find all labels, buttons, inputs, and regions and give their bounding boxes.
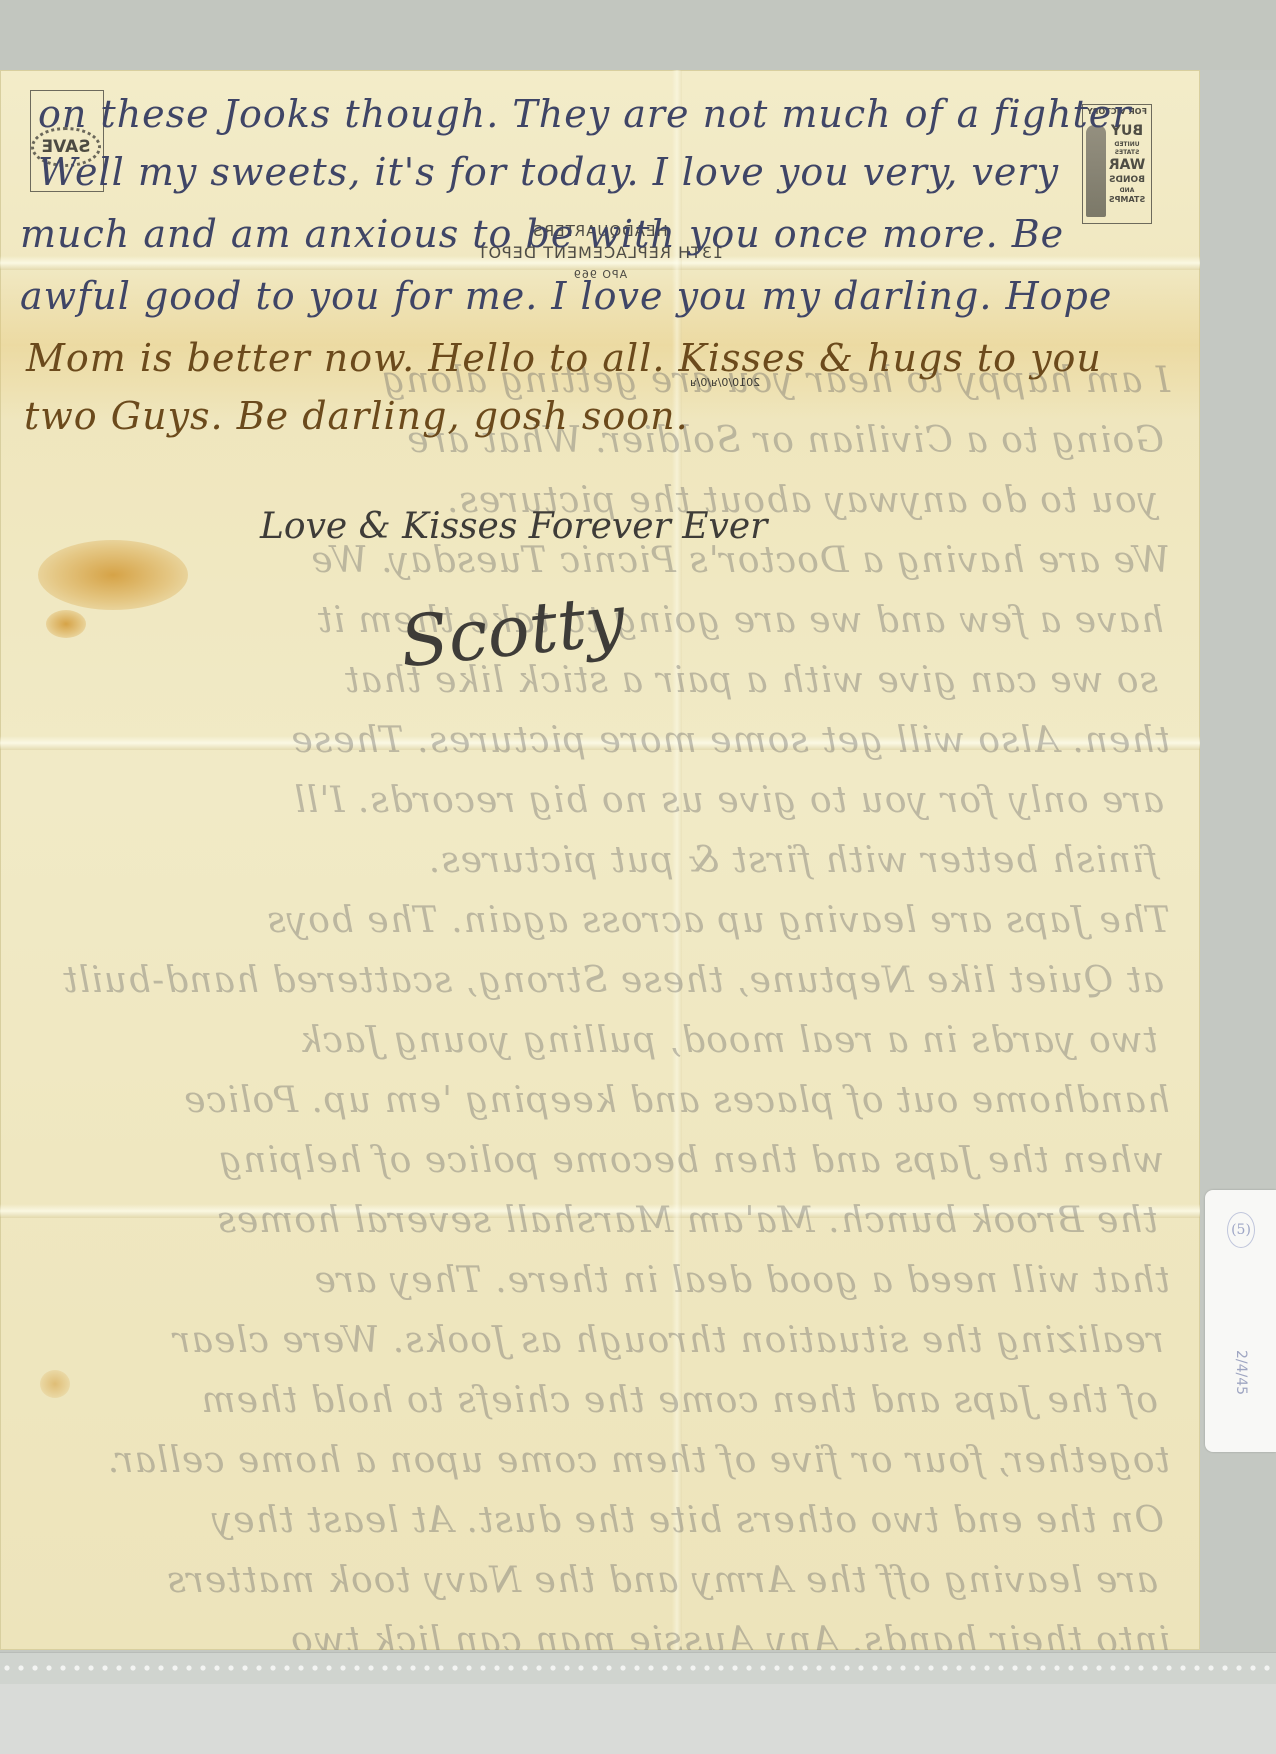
sleeve-bottom-edge	[0, 1684, 1276, 1754]
war-bonds-line: BONDS	[1107, 175, 1147, 185]
bleed-through-line: that will need a good deal in there. The…	[314, 1260, 1170, 1301]
bleed-through-line: handhome out of places and keeping 'em u…	[183, 1080, 1170, 1121]
bleed-through-line: realizing the situation through as Jooks…	[172, 1320, 1164, 1361]
minuteman-statue-icon	[1086, 125, 1106, 217]
bleed-through-line: are leaving off the Army and the Navy to…	[166, 1560, 1158, 1601]
letter-line: Well my sweets, it's for today. I love y…	[38, 150, 1059, 194]
letter-line: awful good to you for me. I love you my …	[20, 274, 1112, 318]
archive-label-tab: (5) 2/4/45	[1205, 1190, 1276, 1452]
bleed-through-line: when the Japs and then become police of …	[218, 1140, 1164, 1181]
war-bonds-line: UNITED	[1107, 141, 1147, 148]
war-bonds-line: STATES	[1107, 149, 1147, 156]
sleeve-binder-strip	[0, 1652, 1276, 1686]
bleed-through-line: into their hands. Any Aussie man can lic…	[290, 1620, 1170, 1650]
bleed-through-line: of the Japs and then come the chiefs to …	[201, 1380, 1159, 1421]
letter-page: I am happy to hear you are getting along…	[0, 70, 1200, 1650]
letter-line: on these Jooks though. They are not much…	[38, 92, 1131, 136]
bleed-through-line: finish better with first & put pictures.	[428, 840, 1158, 881]
letter-line: much and am anxious to be with you once …	[20, 212, 1064, 256]
archive-date-mark: 2/4/45	[1233, 1350, 1249, 1395]
war-bonds-line: WAR	[1107, 157, 1147, 173]
war-bonds-line: STAMPS	[1107, 195, 1147, 204]
sleeve-top-edge	[0, 0, 1276, 70]
letter-closing: Love & Kisses Forever Ever	[260, 506, 767, 547]
letter-line: two Guys. Be darling, gosh soon.	[24, 394, 689, 438]
bleed-through-line: then. Also will get some more pictures. …	[290, 720, 1170, 761]
letter-line: Mom is better now. Hello to all. Kisses …	[26, 336, 1102, 380]
bleed-through-line: are only for you to give us no big recor…	[293, 780, 1164, 821]
bleed-through-line: two yards in a real mood, pulling young …	[299, 1020, 1158, 1061]
bleed-through-line: together, four or five of them come upon…	[107, 1440, 1170, 1481]
bleed-through-line: On the end two others bite the dust. At …	[211, 1500, 1164, 1541]
bleed-through-line: The Japs are leaving up across again. Th…	[266, 900, 1170, 941]
bleed-through-line: at Quiet like Neptune, these Strong, sca…	[62, 960, 1164, 1001]
bleed-through-line: the Brook bunch. Ma'am Marshall several …	[216, 1200, 1158, 1241]
archive-page-number: (5)	[1227, 1212, 1255, 1248]
perforation-holes	[0, 1663, 1276, 1673]
war-bonds-line: AND	[1107, 187, 1147, 194]
